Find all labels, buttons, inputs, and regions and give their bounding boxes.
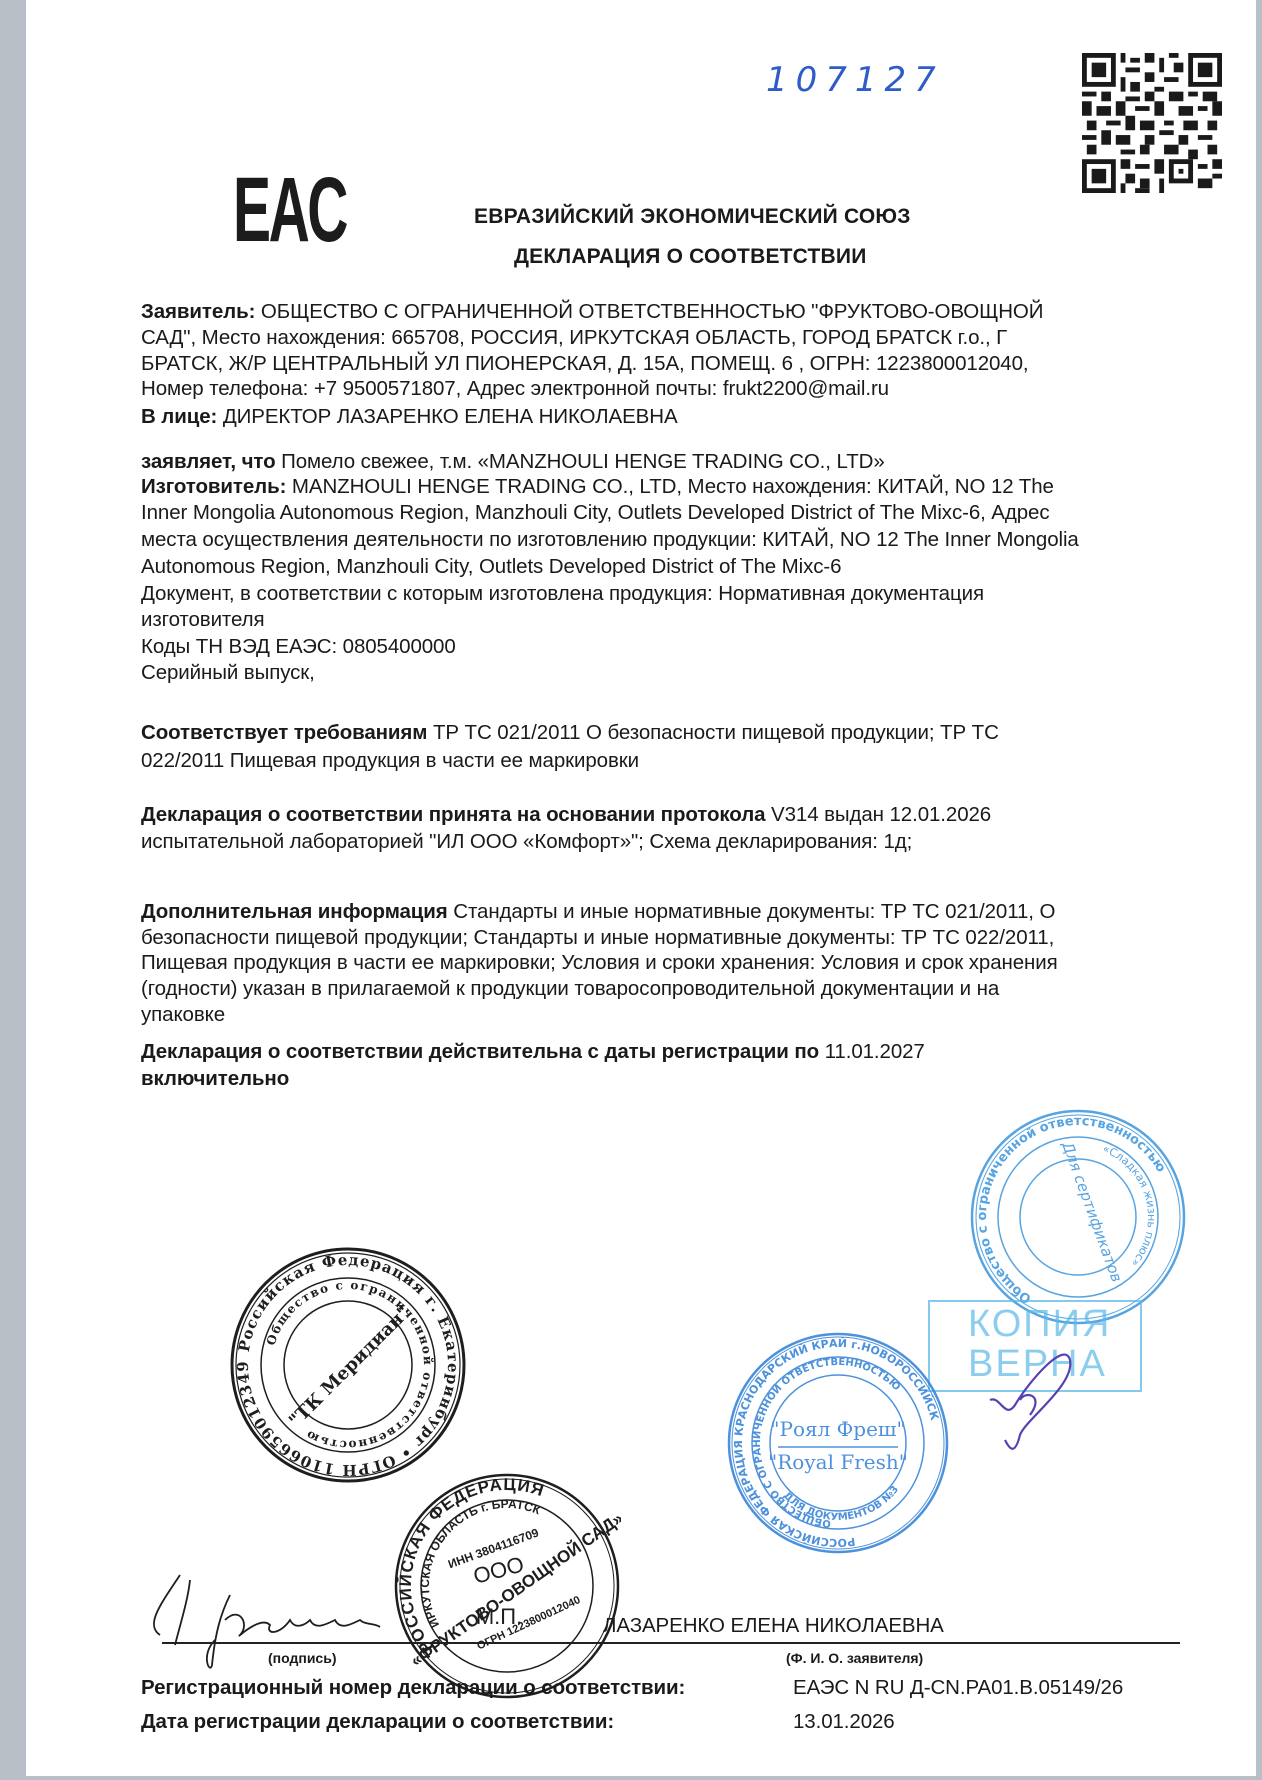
protocol-text: V314 выдан 12.01.2026: [765, 803, 991, 826]
manufacturer-line-1: Изготовитель: MANZHOULI HENGE TRADING CO…: [141, 477, 1054, 498]
requirements-line-1: Соответствует требованиям ТР ТС 021/2011…: [141, 723, 999, 744]
additional-label: Дополнительная информация: [141, 900, 448, 923]
validity-label: Декларация о соответствии действительна …: [141, 1040, 819, 1063]
applicant-line-2: САД", Место нахождения: 665708, РОССИЯ, …: [141, 328, 1007, 349]
applicant-line-1: Заявитель: ОБЩЕСТВО С ОГРАНИЧЕННОЙ ОТВЕТ…: [141, 302, 1043, 323]
additional-text: Стандарты и иные нормативные документы: …: [448, 900, 1056, 923]
validity-line-1: Декларация о соответствии действительна …: [141, 1042, 925, 1063]
tn-ved-codes: Коды ТН ВЭД ЕАЭС: 0805400000: [141, 637, 456, 658]
protocol-line-1: Декларация о соответствии принята на осн…: [141, 805, 991, 826]
manufacturer-label: Изготовитель:: [141, 475, 286, 498]
requirements-text: ТР ТС 021/2011 О безопасности пищевой пр…: [427, 721, 998, 744]
manufacturer-line-2: Inner Mongolia Autonomous Region, Manzho…: [141, 503, 1050, 524]
page-title: ДЕКЛАРАЦИЯ О СООТВЕТСТВИИ: [514, 245, 867, 269]
handwritten-number: 107127: [766, 60, 944, 100]
registration-date-value: 13.01.2026: [793, 1712, 895, 1733]
royal-fresh-stamp: РОССИЙСКАЯ ФЕДЕРАЦИЯ КРАСНОДАРСКИЙ КРАЙ …: [726, 1331, 950, 1555]
seal-label: М.П.: [476, 1604, 522, 1629]
manufacturer-line-3: места осуществления деятельности по изго…: [141, 530, 1079, 551]
additional-line-2: безопасности пищевой продукции; Стандарт…: [141, 928, 1054, 949]
serial-release: Серийный выпуск,: [141, 663, 315, 684]
signature-caption: (подпись): [268, 1650, 337, 1666]
declares-line: заявляет, что Помело свежее, т.м. «MANZH…: [141, 452, 885, 473]
represented-value: ДИРЕКТОР ЛАЗАРЕНКО ЕЛЕНА НИКОЛАЕВНА: [217, 405, 677, 428]
eac-logo: EAC: [233, 164, 346, 256]
copy-label: КОПИЯ: [968, 1304, 1111, 1344]
svg-text:"Роял Фреш": "Роял Фреш": [770, 1417, 905, 1441]
additional-line-5: упаковке: [141, 1005, 225, 1026]
signature-rule: [162, 1642, 1180, 1644]
name-caption: (Ф. И. О. заявителя): [786, 1650, 923, 1666]
requirements-label: Соответствует требованиям: [141, 721, 427, 744]
additional-line-3: Пищевая продукция в части ее маркировки;…: [141, 953, 1058, 974]
document-line-1: Документ, в соответствии с которым изгот…: [141, 584, 984, 605]
applicant-line-4: Номер телефона: +7 9500571807, Адрес эле…: [141, 379, 889, 400]
applicant-text: ОБЩЕСТВО С ОГРАНИЧЕННОЙ ОТВЕТСТВЕННОСТЬЮ…: [255, 300, 1043, 323]
additional-line-4: (годности) указан в прилагаемой к продук…: [141, 979, 999, 1000]
manufacturer-line-4: Autonomous Region, Manzhouli City, Outle…: [141, 557, 841, 578]
qr-code-icon: [1082, 52, 1222, 194]
protocol-label: Декларация о соответствии принята на осн…: [141, 803, 765, 826]
applicant-line-3: БРАТСК, Ж/Р ЦЕНТРАЛЬНЫЙ УЛ ПИОНЕРСКАЯ, Д…: [141, 354, 1029, 375]
represented-by: В лице: ДИРЕКТОР ЛАЗАРЕНКО ЕЛЕНА НИКОЛАЕ…: [141, 407, 678, 428]
svg-text:"Royal Fresh": "Royal Fresh": [768, 1450, 908, 1474]
requirements-line-2: 022/2011 Пищевая продукция в части ее ма…: [141, 751, 639, 772]
registration-date-label: Дата регистрации декларации о соответств…: [141, 1712, 614, 1733]
product-name: Помело свежее, т.м. «MANZHOULI HENGE TRA…: [276, 450, 885, 473]
registration-number-label: Регистрационный номер декларации о соотв…: [141, 1678, 685, 1699]
sweet-life-stamp: Общество с ограниченной ответственностью…: [968, 1107, 1188, 1327]
represented-label: В лице:: [141, 405, 217, 428]
manufacturer-text: MANZHOULI HENGE TRADING CO., LTD, Место …: [286, 475, 1054, 498]
registration-number-value: ЕАЭС N RU Д-CN.PA01.B.05149/26: [793, 1678, 1123, 1699]
meridian-stamp: Российская Федерация г. Екатеринбург • О…: [228, 1245, 468, 1485]
applicant-seal: РОССИЙСКАЯ ФЕДЕРАЦИЯ ИРКУТСКАЯ ОБЛАСТЬ г…: [393, 1472, 621, 1700]
union-title: ЕВРАЗИЙСКИЙ ЭКОНОМИЧЕСКИЙ СОЮЗ: [474, 205, 911, 229]
declares-label: заявляет, что: [141, 450, 276, 473]
validity-line-2: включительно: [141, 1069, 289, 1090]
additional-line-1: Дополнительная информация Стандарты и ин…: [141, 902, 1055, 923]
svg-text:"ТК Меридиан": "ТК Меридиан": [285, 1302, 415, 1432]
applicant-full-name: ЛАЗАРЕНКО ЕЛЕНА НИКОЛАЕВНА: [603, 1616, 944, 1637]
applicant-label: Заявитель:: [141, 300, 255, 323]
protocol-line-2: испытательной лабораторией "ИЛ ООО «Комф…: [141, 832, 912, 853]
document-line-2: изготовителя: [141, 610, 264, 631]
validity-date: 11.01.2027: [819, 1040, 925, 1063]
copy-signature-icon: [985, 1340, 1095, 1460]
